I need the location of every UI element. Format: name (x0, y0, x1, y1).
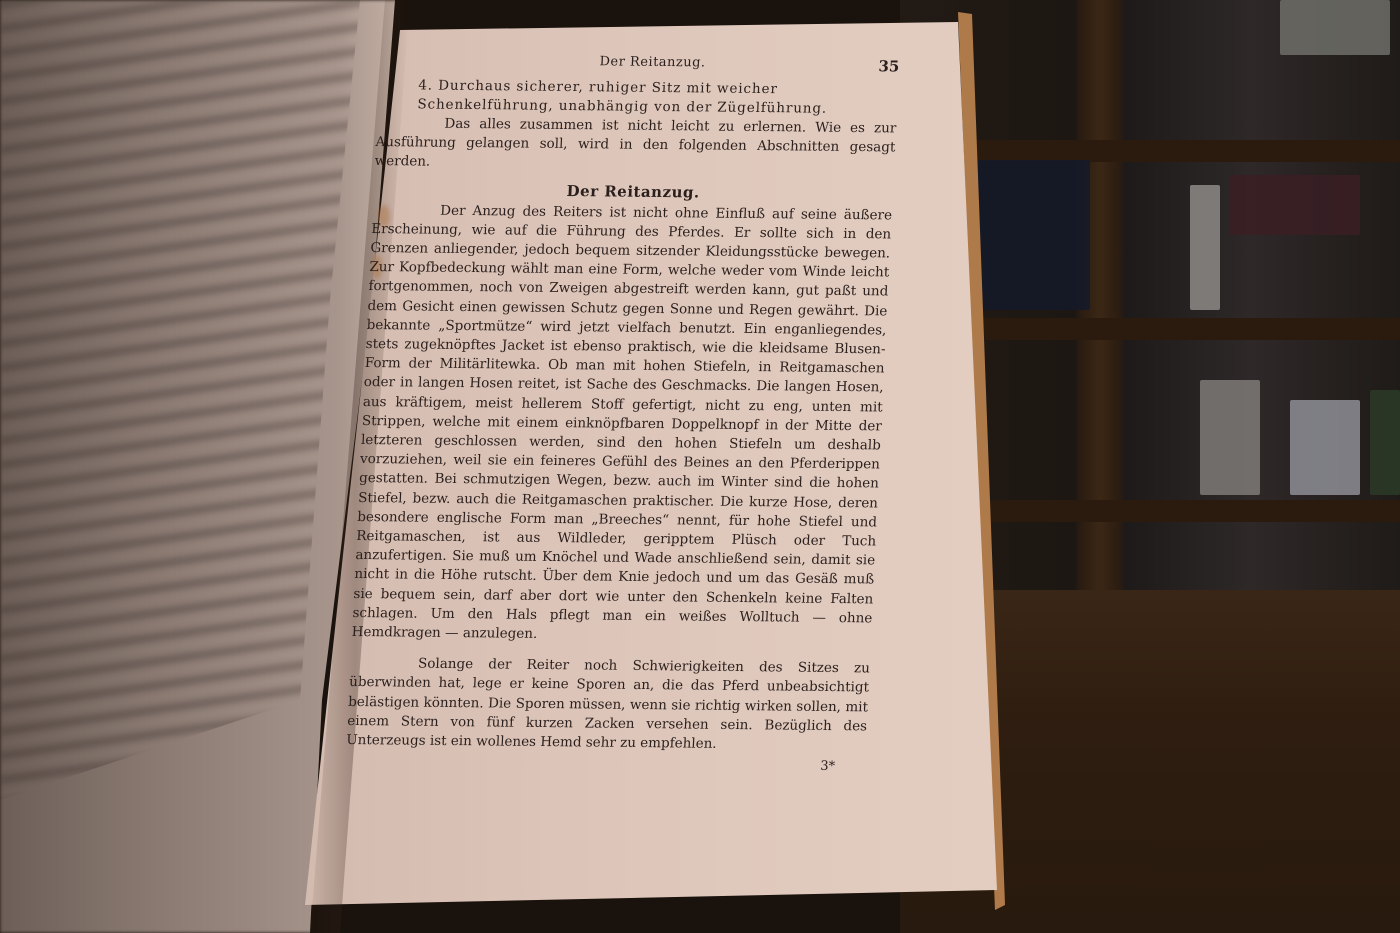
book-spines-top (1280, 0, 1390, 55)
intro-paragraph: Das alles zusammen ist nicht leicht zu e… (374, 114, 897, 177)
book-spines-red (1230, 175, 1360, 235)
section-heading: Der Reitanzug. (373, 180, 894, 203)
book-spine-white (1190, 185, 1220, 310)
running-head-title: Der Reitanzug. (599, 54, 706, 73)
page-number: 35 (878, 57, 900, 75)
running-head: Der Reitanzug. 35 (419, 52, 900, 75)
page-text-block: Der Reitanzug. 35 4. Durchaus sicherer, … (345, 52, 900, 775)
paragraph-reitanzug: Der Anzug des Reiters ist nicht ohne Ein… (351, 201, 892, 648)
book-spines-light (1290, 400, 1360, 495)
list-item-4: 4. Durchaus sicherer, ruhiger Sitz mit w… (417, 76, 899, 119)
book-spines-light (1200, 380, 1260, 495)
photo-scene: Der Reitanzug. 35 4. Durchaus sicherer, … (0, 0, 1400, 933)
paragraph-sporen: Solange der Reiter noch Schwierigkeiten … (346, 654, 870, 755)
book-spine-green (1370, 390, 1400, 495)
